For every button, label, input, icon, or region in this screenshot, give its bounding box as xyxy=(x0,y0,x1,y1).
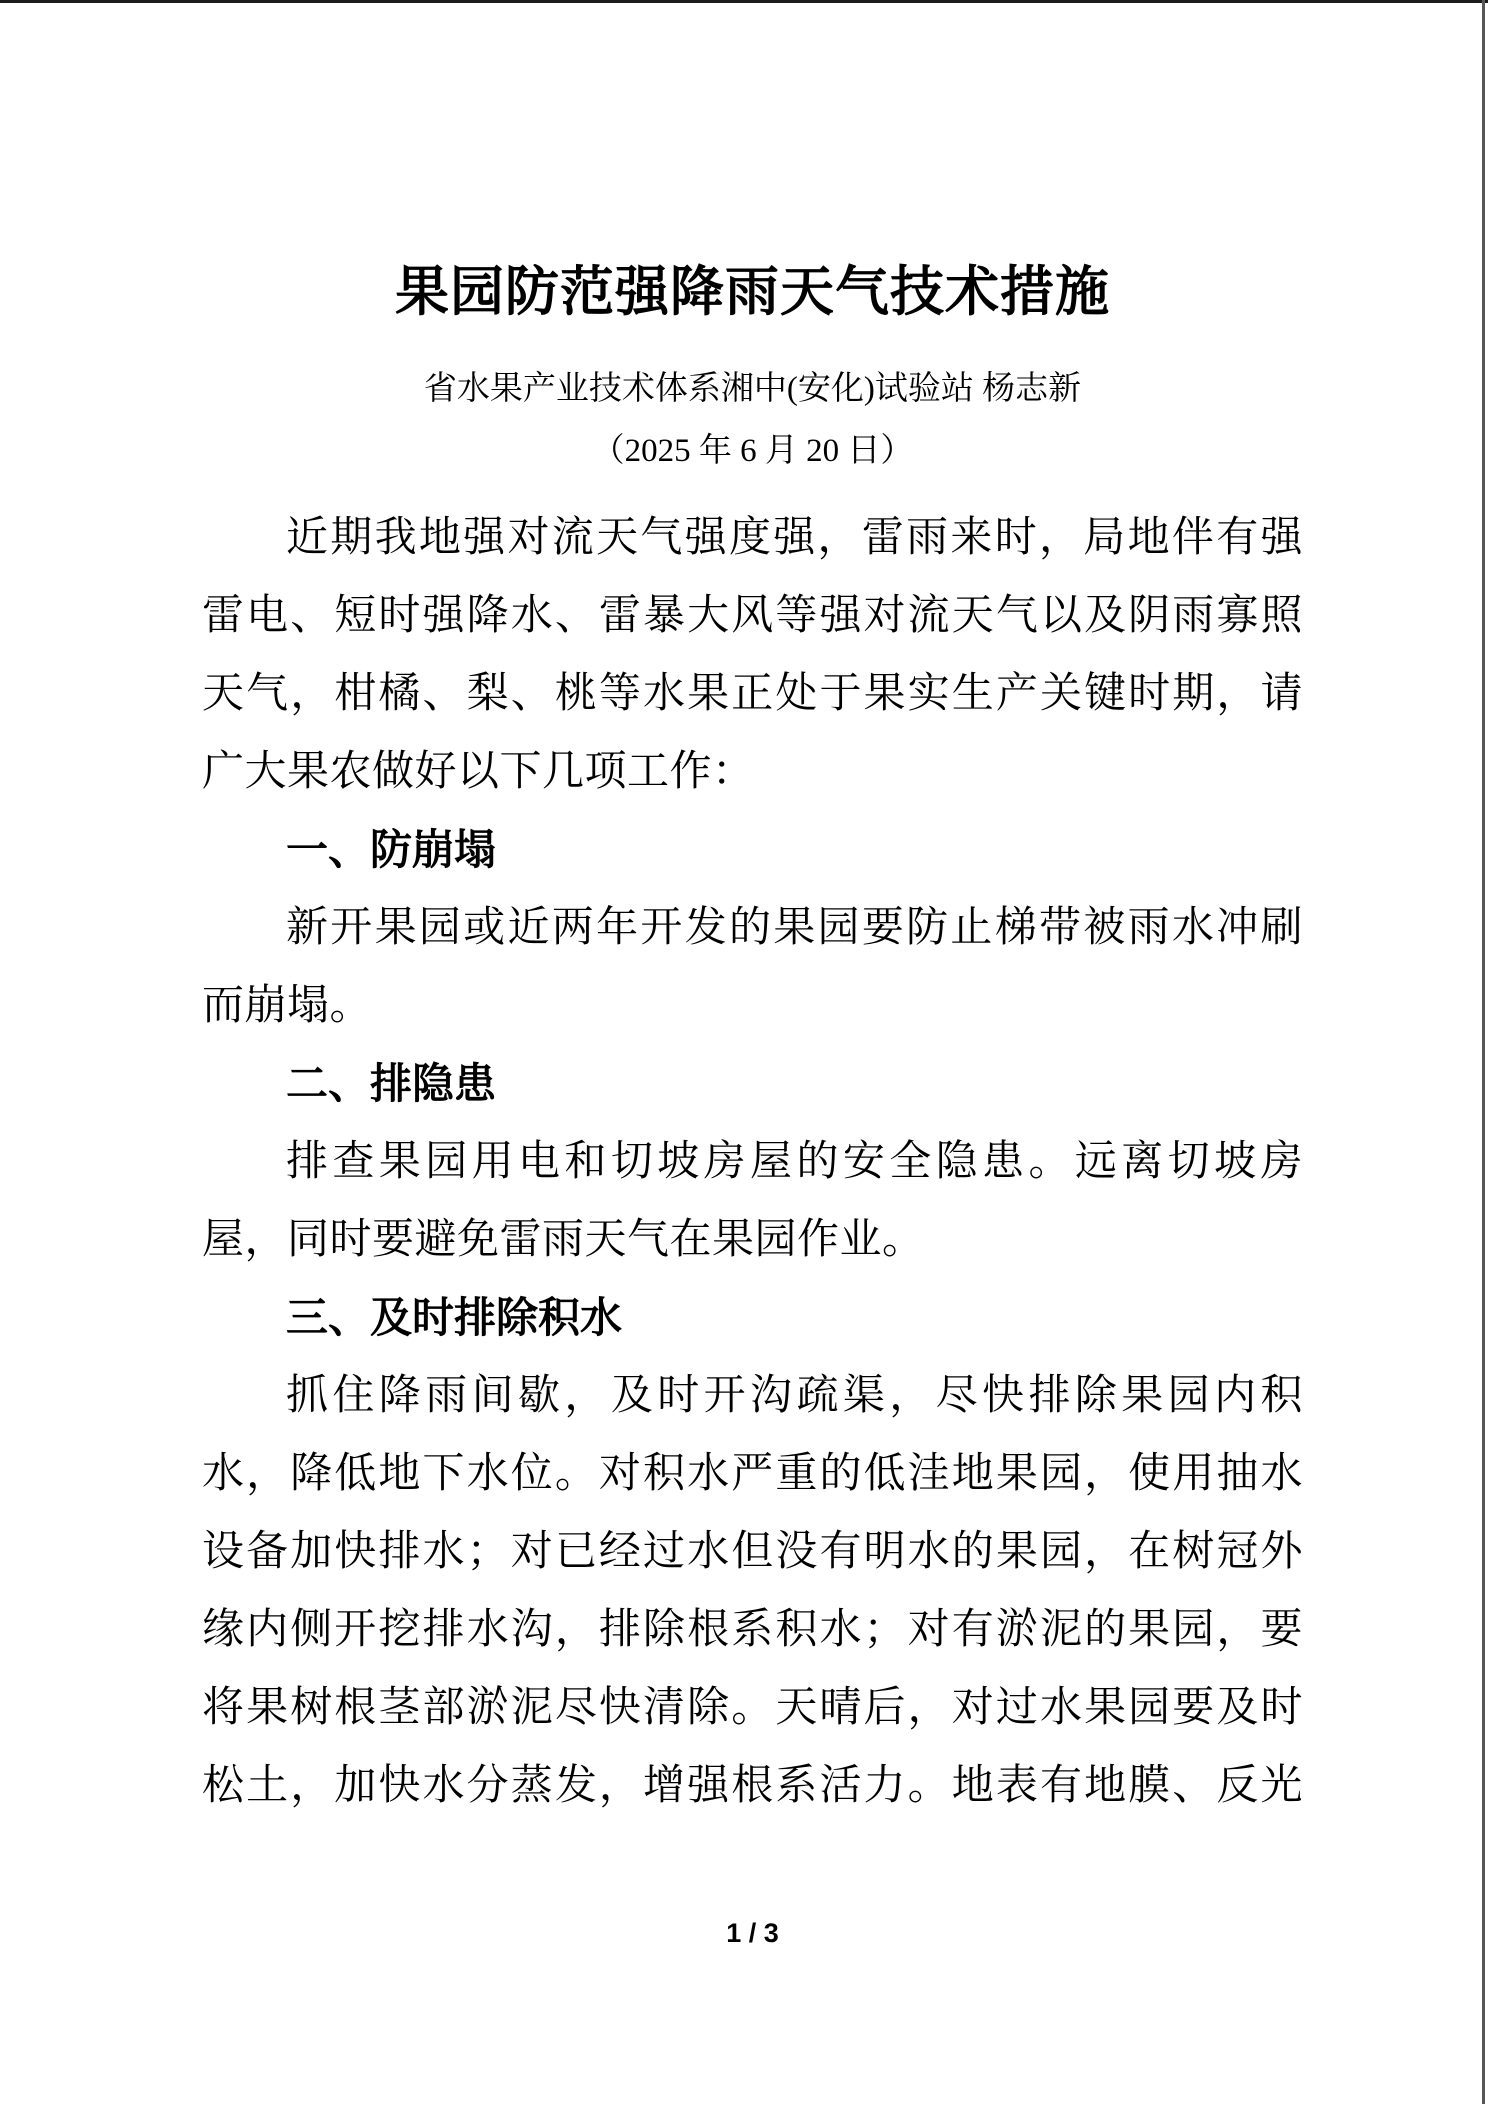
document-title: 果园防范强降雨天气技术措施 xyxy=(202,262,1303,322)
section-heading-1: 一、防崩塌 xyxy=(202,811,1303,889)
page-right-edge-line xyxy=(1482,0,1485,2104)
document-dateline: （2025 年 6 月 20 日） xyxy=(202,429,1303,473)
paragraph-intro: 近期我地强对流天气强度强，雷雨来时，局地伴有强雷电、短时强降水、雷暴大风等强对流… xyxy=(202,499,1303,811)
paragraph-section-2: 排查果园用电和切坡房屋的安全隐患。远离切坡房屋，同时要避免雷雨天气在果园作业。 xyxy=(202,1123,1303,1279)
document-body: 近期我地强对流天气强度强，雷雨来时，局地伴有强雷电、短时强降水、雷暴大风等强对流… xyxy=(202,499,1303,1820)
document-byline: 省水果产业技术体系湘中(安化)试验站 杨志新 xyxy=(202,367,1303,411)
document-content: 果园防范强降雨天气技术措施 省水果产业技术体系湘中(安化)试验站 杨志新 （20… xyxy=(202,0,1303,1820)
paragraph-section-1: 新开果园或近两年开发的果园要防止梯带被雨水冲刷而崩塌。 xyxy=(202,889,1303,1045)
paragraph-section-3: 抓住降雨间歇，及时开沟疏渠，尽快排除果园内积水，降低地下水位。对积水严重的低洼地… xyxy=(202,1357,1303,1820)
document-page: 果园防范强降雨天气技术措施 省水果产业技术体系湘中(安化)试验站 杨志新 （20… xyxy=(0,0,1488,2104)
section-heading-2: 二、排隐患 xyxy=(202,1045,1303,1123)
section-heading-3: 三、及时排除积水 xyxy=(202,1279,1303,1357)
page-number: 1 / 3 xyxy=(202,1918,1303,1949)
